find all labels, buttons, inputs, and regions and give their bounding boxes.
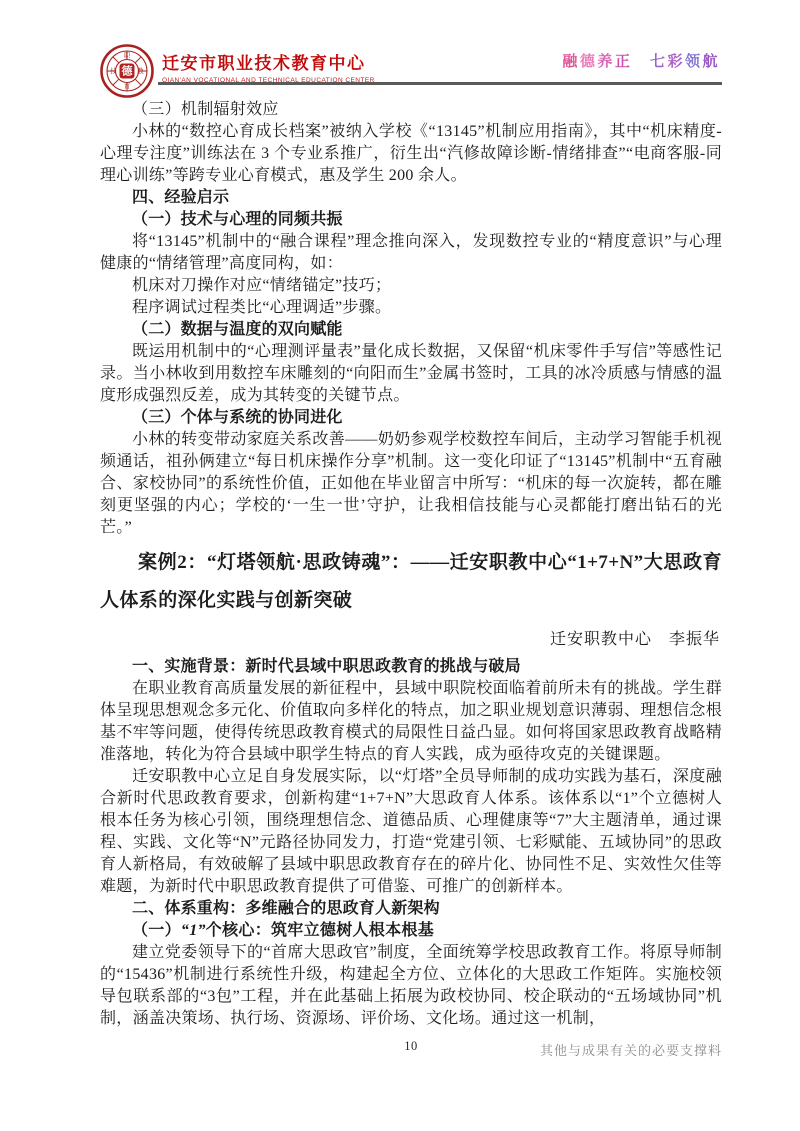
slogan-char: 航	[702, 54, 720, 70]
slogan-char: 正	[615, 54, 633, 70]
seal-center-glyph: 德	[122, 64, 134, 78]
section-heading: （三）个体与系统的协同进化	[100, 407, 722, 429]
section-heading: 一、实施背景：新时代县域中职思政教育的挑战与破局	[100, 656, 722, 678]
document-page: 职教 育技 德 迁安市职业技术教育中心 QIAN'AN VOCATIONAL A…	[0, 0, 800, 1131]
section-heading: 四、经验启示	[100, 187, 722, 209]
section-heading: （三）机制辐射效应	[100, 99, 722, 121]
section-heading: （一）技术与心理的同频共振	[100, 209, 722, 231]
slogan-char: 七	[650, 54, 668, 70]
header-divider	[158, 82, 722, 85]
section-heading: 二、体系重构：多维融合的思政育人新架构	[100, 898, 722, 920]
paragraph: 程序调试过程类比“心理调适”步骤。	[100, 297, 722, 319]
slogan-char	[632, 54, 650, 70]
slogan-char: 融	[562, 54, 580, 70]
slogan-char: 彩	[667, 54, 685, 70]
slogan-char: 德	[580, 54, 598, 70]
svg-text:技: 技	[110, 66, 117, 75]
svg-text:教: 教	[137, 66, 144, 75]
header-slogan: 融德养正 七彩领航	[562, 50, 720, 71]
footer-note: 其他与成果有关的必要支撑料	[540, 1040, 722, 1059]
section-heading: （一）“1”个核心：筑牢立德树人根本根基	[100, 920, 722, 942]
paragraph: 机床对刀操作对应“情绪锚定”技巧；	[100, 275, 722, 297]
slogan-char: 领	[685, 54, 703, 70]
page-header: 职教 育技 德 迁安市职业技术教育中心 QIAN'AN VOCATIONAL A…	[100, 44, 722, 100]
school-seal-icon: 职教 育技 德	[100, 44, 154, 98]
paragraph: 小林的转变带动家庭关系改善——奶奶参观学校数控车间后，主动学习智能手机视频通话，…	[100, 429, 722, 539]
byline: 迁安职教中心 李振华	[100, 629, 720, 651]
svg-text:职: 职	[124, 52, 131, 60]
section-heading: （二）数据与温度的双向赋能	[100, 319, 722, 341]
document-body: （三）机制辐射效应小林的“数控心育成长档案”被纳入学校《“13145”机制应用指…	[100, 99, 722, 1030]
school-name: 迁安市职业技术教育中心	[162, 54, 375, 74]
paragraph: 将“13145”机制中的“融合课程”理念推向深入，发现数控专业的“精度意识”与心…	[100, 231, 722, 275]
case-title: 案例2：“灯塔领航·思政铸魂”：——迁安职教中心“1+7+N”大思政育人体系的深…	[100, 544, 722, 620]
paragraph: 建立党委领导下的“首席大思政官”制度，全面统筹学校思政教育工作。将原导师制的“1…	[100, 942, 722, 1030]
page-footer: 10 其他与成果有关的必要支撑料	[100, 1039, 722, 1059]
svg-text:育: 育	[124, 81, 131, 90]
paragraph: 迁安职教中心立足自身发展实际，以“灯塔”全员导师制的成功实践为基石，深度融合新时…	[100, 766, 722, 898]
paragraph: 在职业教育高质量发展的新征程中，县域中职院校面临着前所未有的挑战。学生群体呈现思…	[100, 678, 722, 766]
slogan-char: 养	[597, 54, 615, 70]
paragraph: 小林的“数控心育成长档案”被纳入学校《“13145”机制应用指南》，其中“机床精…	[100, 121, 722, 187]
school-name-block: 迁安市职业技术教育中心 QIAN'AN VOCATIONAL AND TECHN…	[162, 54, 375, 84]
paragraph: 既运用机制中的“心理测评量表”量化成长数据，又保留“机床零件手写信”等感性记录。…	[100, 341, 722, 407]
